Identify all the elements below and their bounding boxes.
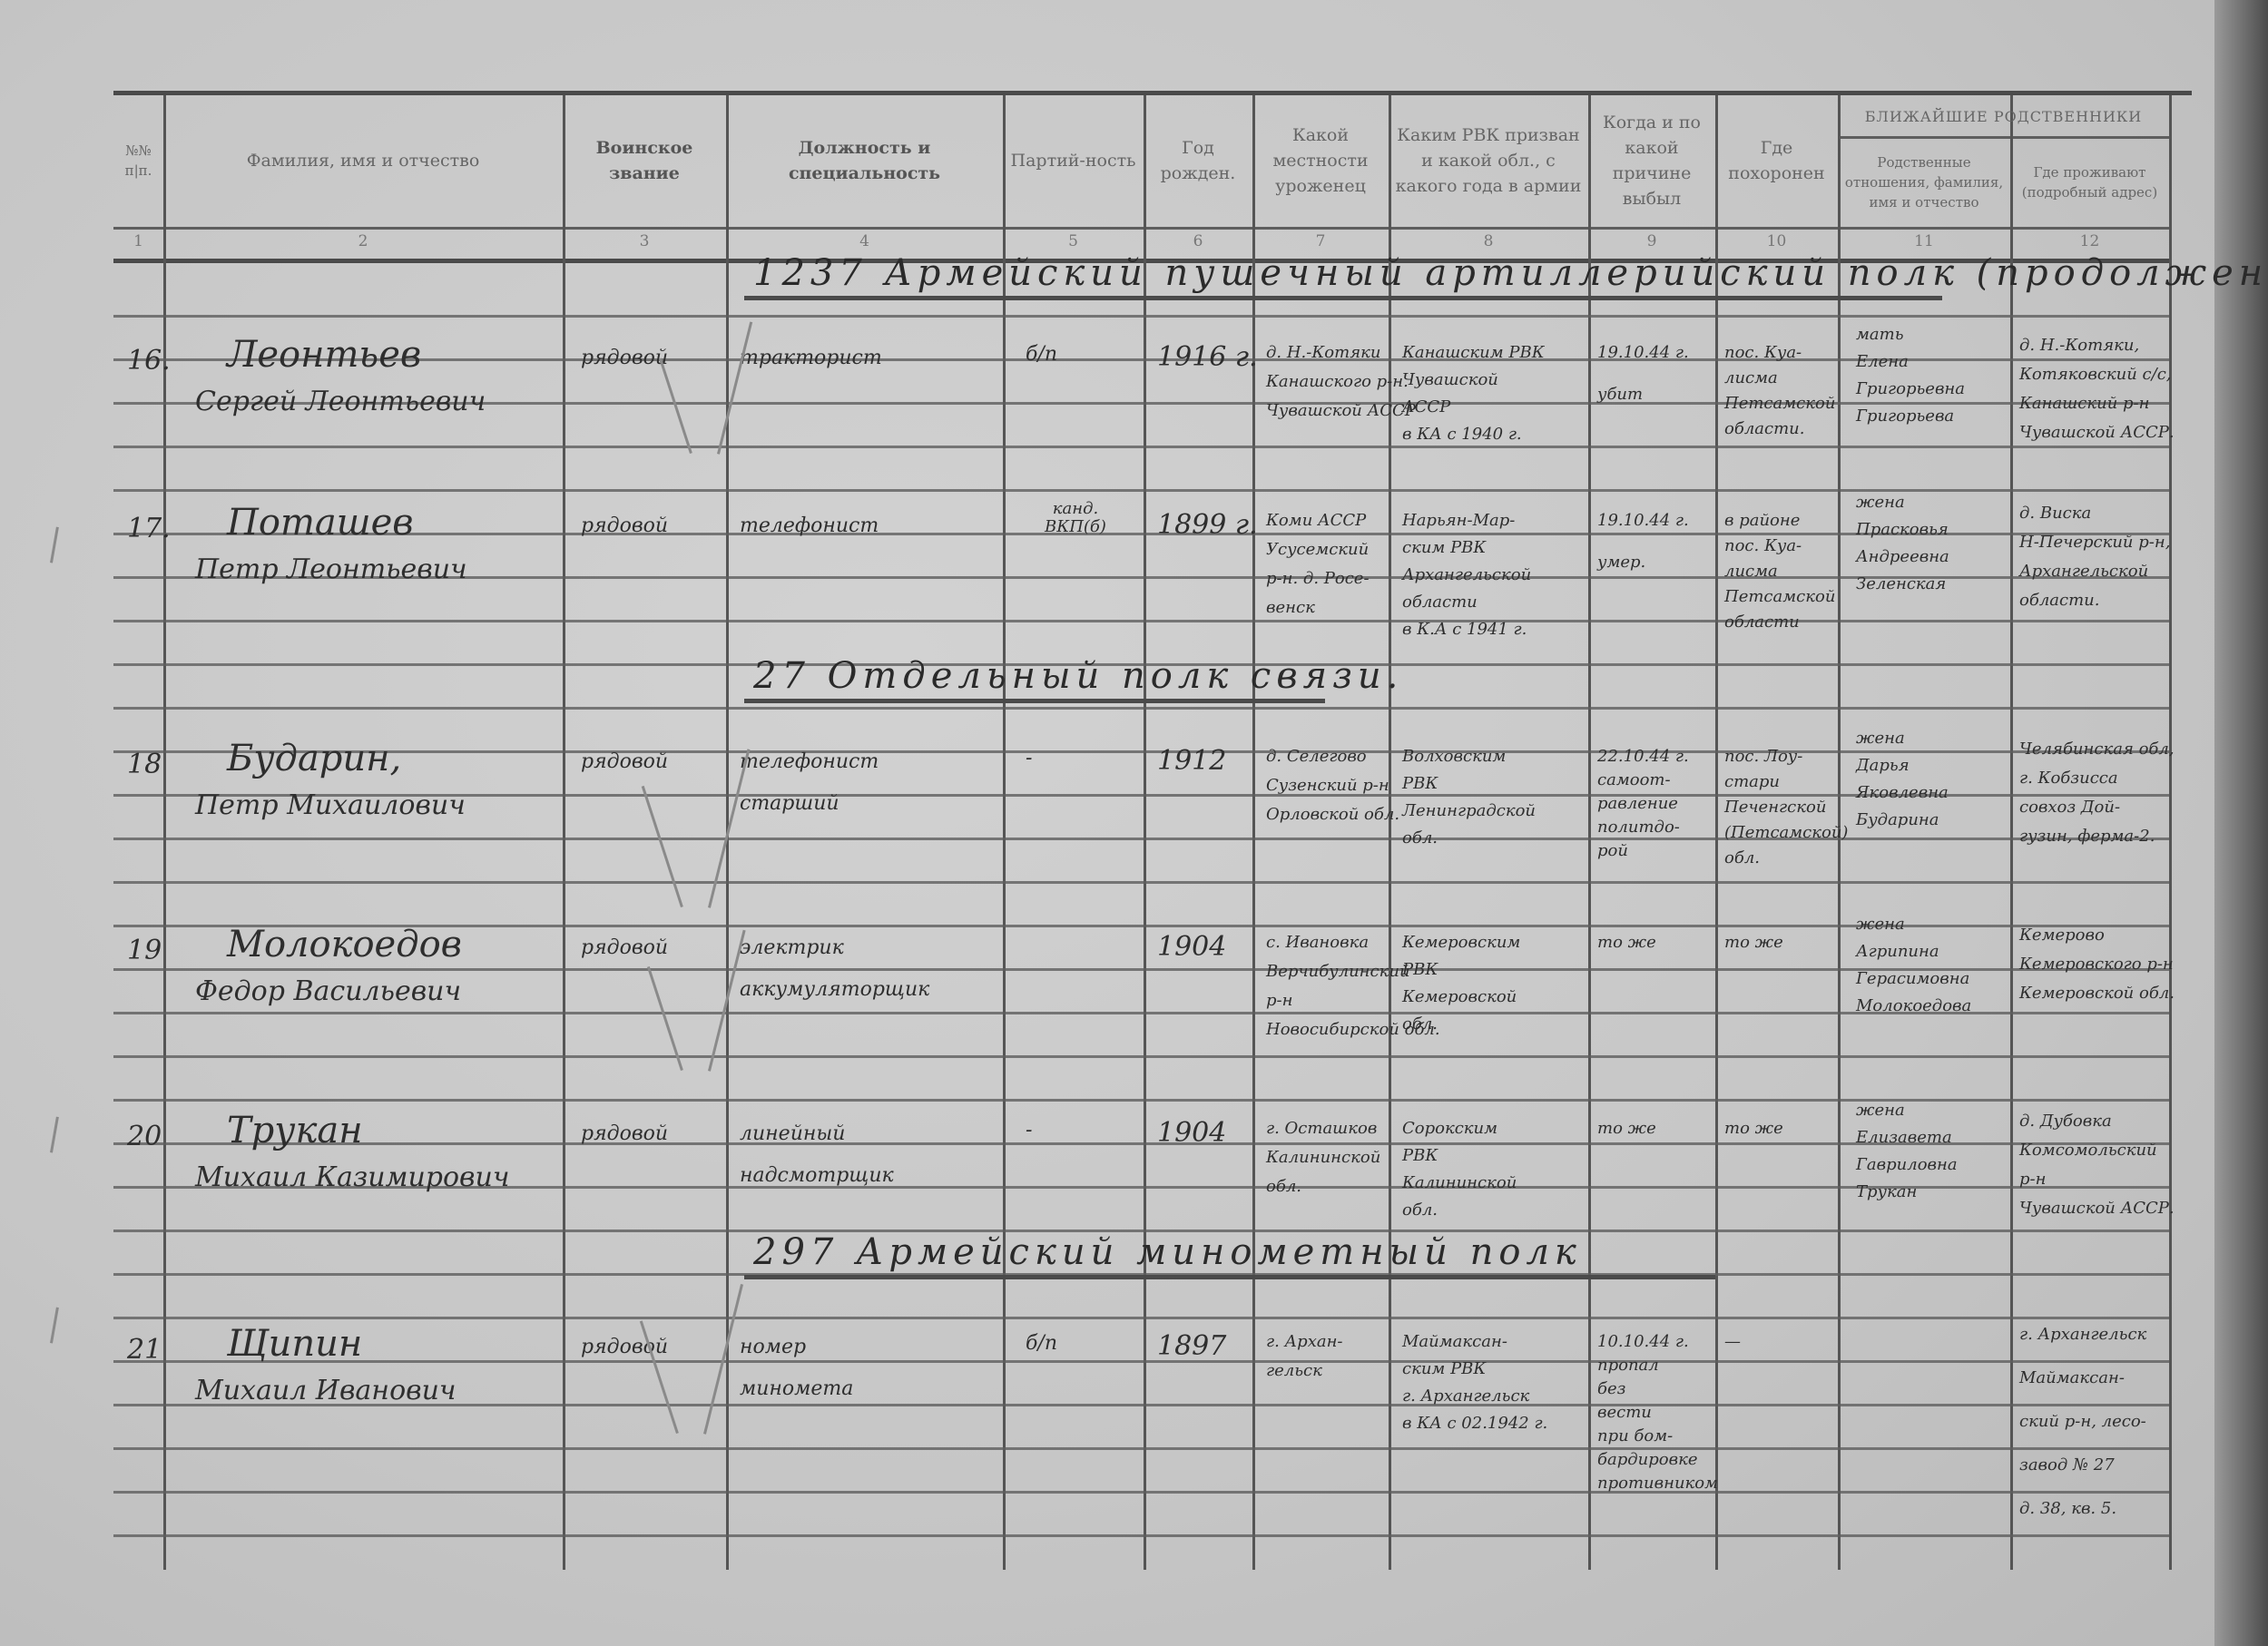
position: надсмотрщик [740, 1164, 894, 1187]
header-col7: Какой местности уроженец [1256, 98, 1385, 223]
relative-address: Чувашской АССР. [2019, 423, 2175, 442]
draft-office: Чувашской [1402, 370, 1498, 389]
rank: рядовой [581, 1336, 668, 1358]
relative: жена [1856, 1101, 1905, 1120]
date-cause: самоот- [1597, 770, 1671, 789]
surname: Трукан [227, 1110, 363, 1151]
relative: Дарья [1856, 756, 1910, 775]
draft-office: ским РВК [1402, 538, 1486, 557]
burial-place: то же [1724, 1119, 1783, 1138]
draft-office: Сорокским [1402, 1119, 1497, 1138]
column-number: 10 [1715, 232, 1838, 250]
surname: Леонтьев [227, 334, 421, 376]
relative: Елизавета [1856, 1128, 1952, 1147]
birthplace: Орловской обл. [1266, 805, 1399, 824]
burial-place: пос. Куа- [1724, 536, 1802, 555]
header-col4: Должность и специальность [730, 98, 999, 223]
date-cause: то же [1597, 933, 1656, 952]
date-cause: 19.10.44 г. [1597, 511, 1689, 530]
burial-place: (Петсамской) [1724, 823, 1848, 842]
relative-address: Кемерово [2019, 926, 2105, 945]
row-number: 20 [127, 1121, 162, 1152]
date-cause: без [1597, 1379, 1625, 1398]
birthplace: Калининской [1266, 1148, 1380, 1167]
relative-address: гузин, ферма-2. [2019, 827, 2155, 846]
row-number: 21 [127, 1334, 162, 1366]
draft-office: г. Архангельск [1402, 1386, 1529, 1406]
burial-place: области [1724, 612, 1800, 632]
relative-address: ский р-н, лесо- [2019, 1412, 2146, 1431]
birthplace: д. Селегово [1266, 747, 1367, 766]
party: - [1026, 747, 1032, 769]
birthplace: р-н [1266, 991, 1292, 1010]
relative: жена [1856, 729, 1905, 748]
draft-office: Кемеровским [1402, 933, 1520, 952]
row-number: 18 [127, 749, 162, 780]
date-cause: убит [1597, 385, 1643, 404]
relative-address: Канашский р-н [2019, 394, 2150, 413]
row-number: 19 [127, 935, 162, 966]
given-names: Михаил Иванович [195, 1375, 457, 1406]
relative-address: Архангельской [2019, 562, 2148, 581]
ruled-line [113, 1447, 2169, 1450]
relative: Григорьевна [1856, 379, 1965, 398]
draft-office: ским РВК [1402, 1359, 1486, 1378]
column-number: 1 [113, 232, 163, 250]
section-heading: 1237 Армейский пушечный артиллерийский п… [753, 252, 2268, 294]
draft-office: обл. [1402, 828, 1438, 847]
section-underline [744, 1275, 1715, 1279]
relative: мать [1856, 325, 1904, 344]
relative-address: г. Архангельск [2019, 1325, 2146, 1344]
birthplace: Сузенский р-н [1266, 776, 1389, 795]
date-cause: противником [1597, 1474, 1718, 1493]
relative: Елена [1856, 352, 1909, 371]
birth-year: 1912 [1157, 745, 1226, 777]
row-number: 17. [127, 513, 171, 544]
birthplace: Коми АССР [1266, 511, 1366, 530]
relative: Бударина [1856, 810, 1939, 829]
header-top-rule [113, 91, 2192, 95]
relative: Прасковья [1856, 520, 1949, 539]
birthplace: г. Осташков [1266, 1119, 1377, 1138]
relative-address: Чувашской АССР. [2019, 1199, 2175, 1218]
relative: Яковлевна [1856, 783, 1949, 802]
draft-office: Ленинградской [1402, 801, 1536, 820]
relative: Агрипина [1856, 942, 1939, 961]
given-names: Сергей Леонтьевич [195, 386, 486, 417]
date-cause: вести [1597, 1403, 1652, 1422]
relative: Герасимовна [1856, 969, 1969, 988]
position: номер [740, 1336, 806, 1358]
burial-place: лисма [1724, 562, 1778, 581]
burial-place: Петсамской [1724, 587, 1835, 606]
birthplace: Канашского р-н. [1266, 372, 1409, 391]
party: - [1026, 1119, 1032, 1141]
date-cause: бардировке [1597, 1450, 1697, 1469]
header-col3: Воинское звание [566, 98, 722, 223]
party: б/п [1026, 343, 1057, 366]
relative-address: Кемеровской обл. [2019, 984, 2175, 1003]
rank: рядовой [581, 936, 668, 959]
birthplace: д. Н.-Котяки [1266, 343, 1380, 362]
date-cause: политдо- [1597, 818, 1680, 837]
draft-office: Маймаксан- [1402, 1332, 1507, 1351]
given-names: Михаил Казимирович [195, 1161, 510, 1193]
birthplace: г. Архан- [1266, 1332, 1343, 1351]
ruled-line [113, 750, 2169, 753]
birthplace: венск [1266, 598, 1315, 617]
column-number: 9 [1588, 232, 1715, 250]
relative-address: завод № 27 [2019, 1455, 2115, 1475]
ruled-line [113, 620, 2169, 622]
column-number: 8 [1389, 232, 1588, 250]
column-number: 3 [563, 232, 726, 250]
burial-place: лисма [1724, 368, 1778, 387]
position: телефонист [740, 750, 879, 773]
surname: Поташев [227, 502, 414, 544]
relative: Андреевна [1856, 547, 1949, 566]
header-bottom-rule [113, 227, 2169, 230]
draft-office: в КА с 02.1942 г. [1402, 1414, 1547, 1433]
position: минометa [740, 1377, 853, 1400]
ruled-line [113, 315, 2169, 318]
relative-address: г. Кобзисса [2019, 769, 2118, 788]
relative-address: д. Виска [2019, 504, 2091, 523]
surname: Молокоедов [227, 924, 462, 965]
burial-place: Петсамской [1724, 394, 1835, 413]
column-number: 2 [163, 232, 563, 250]
burial-place: стари [1724, 772, 1780, 791]
column-divider [2169, 95, 2172, 1570]
date-cause: умер. [1597, 553, 1645, 572]
birthplace: р-н. д. Росе- [1266, 569, 1370, 588]
header-col1: №№ п|п. [117, 98, 160, 223]
draft-office: Нарьян-Мар- [1402, 511, 1515, 530]
header-col11: Родственные отношения, фамилия, имя и от… [1841, 141, 2007, 223]
column-number: 6 [1144, 232, 1252, 250]
position: тракторист [740, 347, 882, 369]
relative-address: д. 38, кв. 5. [2019, 1499, 2116, 1518]
position: аккумуляторщик [740, 978, 929, 1001]
relative: Зеленская [1856, 574, 1946, 593]
position: электрик [740, 936, 844, 959]
birth-year: 1916 г. [1157, 341, 1258, 373]
draft-office: Волховским [1402, 747, 1506, 766]
date-cause: равление [1597, 794, 1678, 813]
relative-address: Челябинская обл, [2019, 740, 2175, 759]
section-heading: 27 Отдельный полк связи. [753, 655, 1403, 697]
section-underline [744, 699, 1325, 703]
draft-office: РВК [1402, 1146, 1438, 1165]
rank: рядовой [581, 750, 668, 773]
draft-office: Кемеровской [1402, 987, 1517, 1006]
draft-office: области [1402, 593, 1478, 612]
birthplace: с. Ивановка [1266, 933, 1369, 952]
birth-year: 1904 [1157, 931, 1226, 963]
date-cause: при бом- [1597, 1426, 1673, 1445]
given-names: Петр Леонтьевич [195, 554, 467, 585]
birth-year: 1904 [1157, 1117, 1226, 1149]
position: телефонист [740, 514, 879, 537]
date-cause: 10.10.44 г. [1597, 1332, 1689, 1351]
header-col6: Год рожден. [1147, 98, 1249, 223]
ruled-line [113, 1360, 2169, 1363]
relative-address: Котяковский с/с, [2019, 365, 2172, 384]
surname: Бударин, [227, 738, 401, 779]
rank: рядовой [581, 514, 668, 537]
header-col12: Где проживают (подробный адрес) [2014, 141, 2165, 223]
scan-edge [2214, 0, 2268, 1646]
relatives-group-rule [1838, 136, 2169, 139]
relative: жена [1856, 915, 1905, 934]
relative-address: д. Н.-Котяки, [2019, 336, 2139, 355]
given-names: Петр Михаилович [195, 789, 466, 821]
column-number: 7 [1252, 232, 1389, 250]
column-number: 12 [2010, 232, 2169, 250]
date-cause: пропал [1597, 1356, 1659, 1375]
party: канд. ВКП(б) [1026, 500, 1125, 536]
date-cause: 22.10.44 г. [1597, 747, 1689, 766]
draft-office: РВК [1402, 960, 1438, 979]
birthplace: Усусемский [1266, 540, 1369, 559]
ruled-line [113, 1534, 2169, 1537]
relative: Молокоедова [1856, 996, 1971, 1015]
date-cause: то же [1597, 1119, 1656, 1138]
relative: Трукан [1856, 1182, 1917, 1201]
position: линейный [740, 1122, 845, 1145]
relative-address: Комсомольский [2019, 1141, 2157, 1160]
relative-address: Маймаксан- [2019, 1368, 2125, 1387]
draft-office: обл. [1402, 1014, 1438, 1034]
ruled-line [113, 707, 2169, 710]
ruled-line [113, 1055, 2169, 1058]
surname: Щипин [227, 1323, 362, 1365]
ruled-line [113, 881, 2169, 884]
burial-place: в районе [1724, 511, 1800, 530]
rank: рядовой [581, 1122, 668, 1145]
relative-address: р-н [2019, 1170, 2046, 1189]
birthplace: обл. [1266, 1177, 1301, 1196]
ruled-line [113, 489, 2169, 492]
rank: рядовой [581, 347, 668, 369]
ruled-line [113, 1317, 2169, 1319]
date-cause: рой [1597, 841, 1628, 860]
relative: Григорьева [1856, 407, 1954, 426]
column-number: 11 [1838, 232, 2010, 250]
birth-year: 1897 [1157, 1330, 1226, 1362]
draft-office: АССР [1402, 397, 1450, 416]
relative-address: Кемеровского р-н [2019, 955, 2174, 974]
relative-address: д. Дубовка [2019, 1112, 2112, 1131]
birthplace: гельск [1266, 1361, 1322, 1380]
header-relatives-group: БЛИЖАЙШИЕ РОДСТВЕННИКИ [1842, 100, 2165, 134]
burial-place: — [1724, 1332, 1741, 1351]
ruled-line [113, 838, 2169, 840]
birth-year: 1899 г. [1157, 509, 1258, 541]
burial-place: пос. Куа- [1724, 343, 1802, 362]
draft-office: в К.А с 1941 г. [1402, 620, 1527, 639]
burial-place: Печенгской [1724, 798, 1826, 817]
party: б/п [1026, 1332, 1057, 1355]
burial-place: пос. Лоу- [1724, 747, 1802, 766]
section-underline [744, 296, 1942, 300]
header-col8: Каким РВК призван и какой обл., с какого… [1392, 98, 1585, 223]
date-cause: 19.10.44 г. [1597, 343, 1689, 362]
ruled-line [113, 1491, 2169, 1494]
burial-place: то же [1724, 933, 1783, 952]
row-number: 16. [127, 345, 171, 377]
header-col9: Когда и по какой причине выбыл [1592, 98, 1712, 223]
draft-office: РВК [1402, 774, 1438, 793]
column-number: 4 [726, 232, 1003, 250]
draft-office: Калининской [1402, 1173, 1517, 1192]
header-col2: Фамилия, имя и отчество [167, 98, 559, 223]
relative: жена [1856, 493, 1905, 512]
birthplace: Чувашской АССР [1266, 401, 1416, 420]
column-number: 5 [1003, 232, 1144, 250]
burial-place: области. [1724, 419, 1804, 438]
relative-address: совхоз Дой- [2019, 798, 2120, 817]
draft-office: обл. [1402, 1200, 1438, 1220]
header-col10: Где похоронен [1719, 98, 1834, 223]
draft-office: в КА с 1940 г. [1402, 425, 1522, 444]
section-heading: 297 Армейский минометный полк [753, 1231, 1582, 1273]
given-names: Федор Васильевич [195, 975, 461, 1007]
relative-address: Н-Печерский р-н, [2019, 533, 2170, 552]
relative: Гавриловна [1856, 1155, 1958, 1174]
draft-office: Канашским РВК [1402, 343, 1545, 362]
burial-place: обл. [1724, 848, 1760, 867]
ruled-line [113, 446, 2169, 448]
relative-address: области. [2019, 591, 2099, 610]
birthplace: Верчибулинский [1266, 962, 1410, 981]
position: старший [740, 792, 839, 815]
header-col5: Партий-ность [1006, 98, 1140, 223]
draft-office: Архангельской [1402, 565, 1531, 584]
